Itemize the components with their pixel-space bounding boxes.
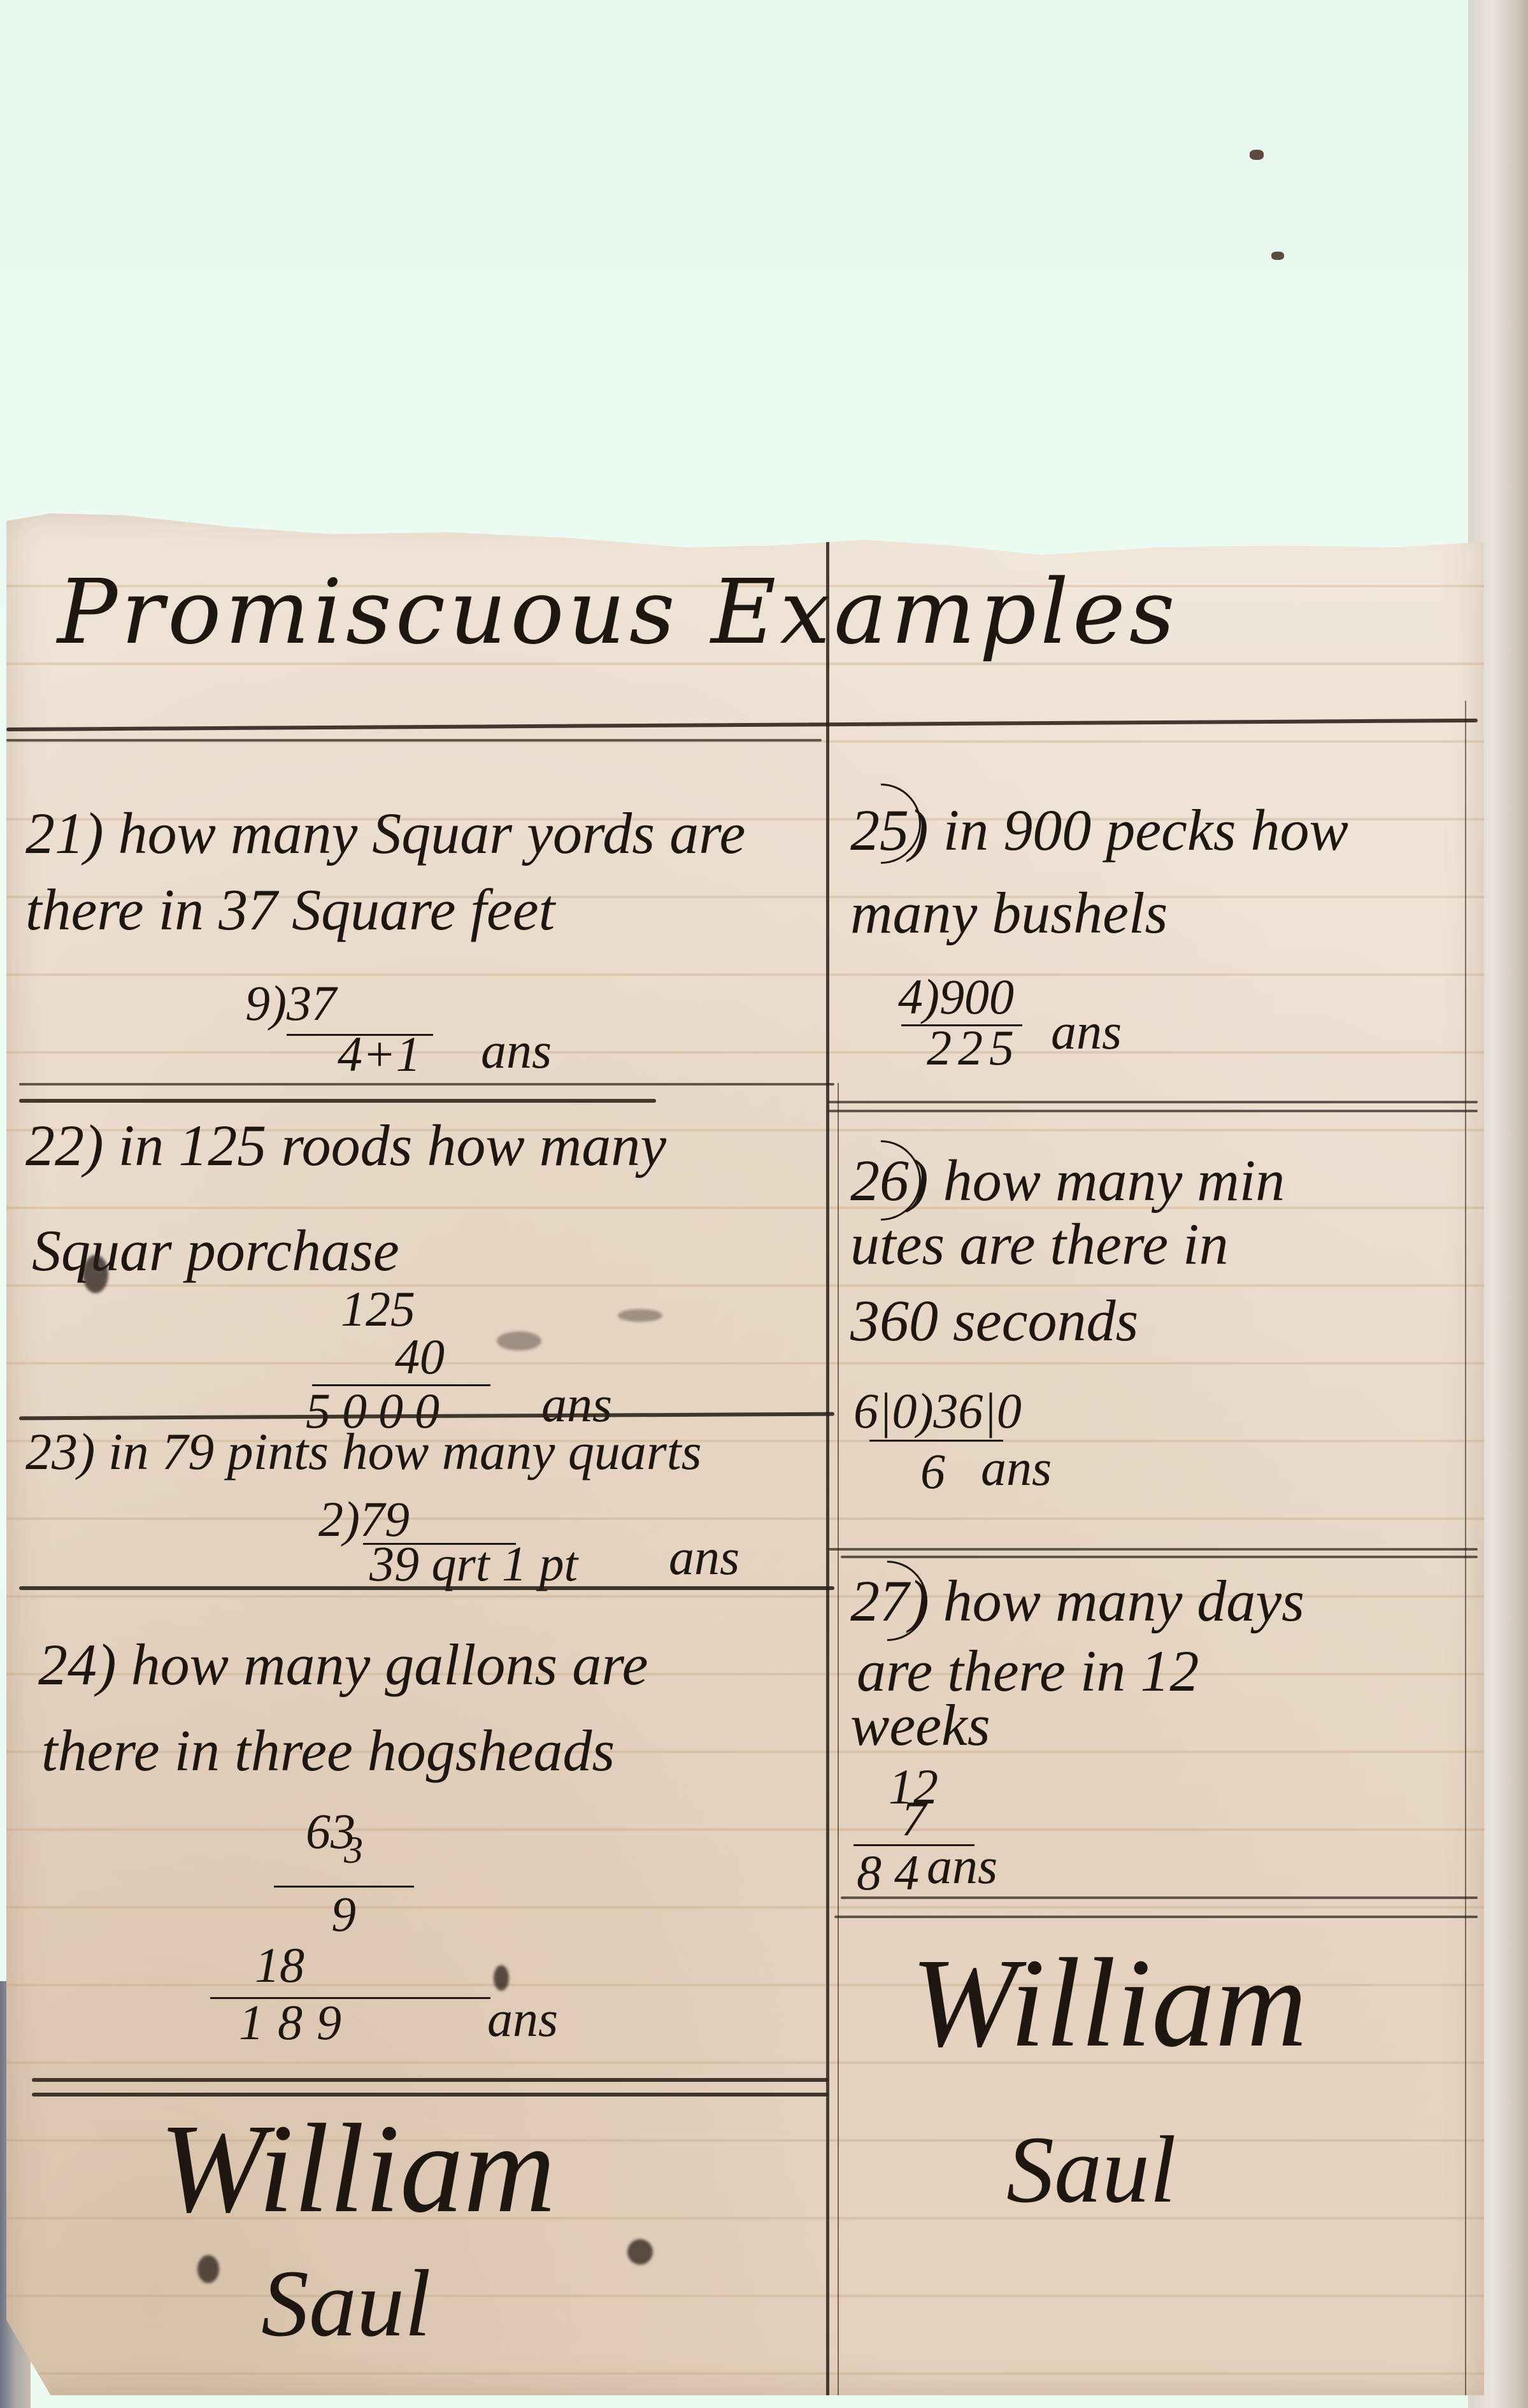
answer-label: ans [1051, 1003, 1122, 1061]
working-line: 6|0)36|0 [853, 1382, 1022, 1440]
section-rule [841, 1556, 1478, 1558]
working-line: 18 [255, 1937, 304, 1994]
question-text: in 79 pints how many quarts [108, 1423, 702, 1480]
working-result: 39 qrt 1 pt [369, 1535, 578, 1593]
section-rule [828, 1101, 1478, 1103]
answer-label: ans [927, 1838, 997, 1896]
example-number: 21) [25, 801, 104, 866]
signature-first-name: William [159, 2096, 555, 2242]
answer-label: ans [669, 1529, 739, 1587]
section-rule [828, 1110, 1478, 1112]
paper-debris [1271, 252, 1284, 260]
answer-label: ans [487, 1991, 558, 2049]
working-result: 189 [239, 1994, 355, 2051]
section-rule [19, 1586, 834, 1590]
example-number: 23) [25, 1423, 95, 1480]
question-text: in 125 roods how many [118, 1113, 666, 1178]
paper-debris [1250, 150, 1264, 160]
working-line: 9)37 [245, 975, 336, 1032]
question-text: how many min [943, 1148, 1285, 1213]
working-result: 4+1 [338, 1026, 421, 1083]
section-rule [828, 1548, 1478, 1551]
ink-smudge [618, 1309, 662, 1322]
question-text: how many days [943, 1568, 1304, 1633]
section-rule [841, 1896, 1478, 1899]
working-result: 6 [920, 1443, 945, 1500]
example-number: 27) [850, 1568, 929, 1633]
heading-rule-2 [6, 739, 822, 742]
question-text: how many Squar yords are [118, 801, 746, 866]
ink-smudge [497, 1331, 541, 1351]
working-line: 4)900 [898, 968, 1014, 1026]
page-heading: Promiscuous Examples [57, 561, 1179, 664]
question-text: utes are there in [850, 1210, 1229, 1278]
ink-blot [494, 1965, 509, 1991]
section-rule [19, 1083, 834, 1086]
question-text: 360 seconds [850, 1287, 1138, 1354]
question-text: there in three hogsheads [41, 1717, 615, 1784]
example-number: 24) [38, 1632, 117, 1697]
example-number: 26) [850, 1148, 929, 1213]
ink-blot [627, 2239, 653, 2265]
working-line: 3 [344, 1828, 363, 1872]
ink-blot [83, 1255, 108, 1293]
section-rule [32, 2078, 828, 2082]
column-divider-inner [838, 1083, 839, 2395]
working-line: 9 [331, 1886, 356, 1943]
question-text: in 900 pecks how [943, 798, 1348, 863]
working-line: 40 [395, 1328, 445, 1386]
question-text: many bushels [850, 879, 1167, 947]
signature-last-name: Saul [1006, 2115, 1176, 2225]
answer-label: ans [981, 1440, 1052, 1498]
column-divider [826, 535, 829, 2395]
example-number: 25) [850, 798, 929, 863]
ink-blot [197, 2255, 219, 2283]
question-text: there in 37 Square feet [25, 876, 555, 943]
section-rule [834, 1916, 1478, 1918]
section-rule [19, 1099, 656, 1103]
working-line: 7 [901, 1790, 926, 1847]
question-text: how many gallons are [131, 1632, 648, 1697]
signature-first-name: William [911, 1930, 1307, 2076]
working-result: 225 [927, 1019, 1020, 1077]
ledger-page: Promiscuous Examples 21) how many Squar … [6, 510, 1484, 2395]
signature-last-name: Saul [261, 2249, 431, 2358]
question-text: weeks [850, 1691, 990, 1759]
working-result: 84 [857, 1844, 932, 1902]
example-number: 22) [25, 1113, 104, 1178]
answer-label: ans [481, 1022, 552, 1080]
